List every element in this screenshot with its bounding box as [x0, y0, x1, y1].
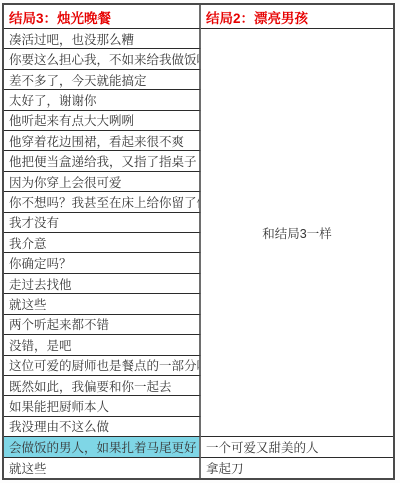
column-header-ending2: 结局2：漂亮男孩	[201, 5, 393, 29]
ending-comparison-table: 结局3：烛光晚餐 结局2：漂亮男孩 和结局3一样 一个可爱又甜美的人 拿起刀 凑…	[2, 3, 395, 480]
left-row-19: 如果能把厨师本人	[4, 396, 201, 416]
left-row-10: 我才没有	[4, 213, 201, 233]
left-row-21: 会做饭的男人，如果扎着马尾更好	[4, 437, 201, 457]
left-row-15: 两个听起来都不错	[4, 315, 201, 335]
left-row-20: 我没理由不这么做	[4, 417, 201, 437]
left-row-13: 走过去找他	[4, 274, 201, 294]
left-row-9: 你不想吗？我甚至在床上给你留了位置	[4, 192, 201, 212]
left-row-5: 他听起来有点大大咧咧	[4, 111, 201, 131]
left-row-11: 我介意	[4, 233, 201, 253]
left-row-2: 你要这么担心我，不如来给我做饭呗	[4, 49, 201, 69]
left-row-3: 差不多了，今天就能搞定	[4, 70, 201, 90]
right-row-sweet-person: 一个可爱又甜美的人	[201, 437, 393, 457]
left-row-16: 没错，是吧	[4, 335, 201, 355]
left-row-7: 他把便当盒递给我，又指了指桌子	[4, 151, 201, 171]
same-as-ending3-note-cell: 和结局3一样	[201, 29, 393, 437]
right-row-pick-up-knife: 拿起刀	[201, 458, 393, 478]
left-row-4: 太好了，谢谢你	[4, 90, 201, 110]
left-row-22: 就这些	[4, 458, 201, 478]
left-row-18: 既然如此，我偏要和你一起去	[4, 376, 201, 396]
left-row-6: 他穿着花边围裙，看起来很不爽	[4, 131, 201, 151]
column-header-ending3: 结局3：烛光晚餐	[4, 5, 201, 29]
left-row-17: 这位可爱的厨师也是餐点的一部分吗	[4, 356, 201, 376]
left-row-14: 就这些	[4, 294, 201, 314]
left-row-12: 你确定吗？	[4, 253, 201, 273]
left-row-8: 因为你穿上会很可爱	[4, 172, 201, 192]
left-row-1: 凑活过吧，也没那么糟	[4, 29, 201, 49]
